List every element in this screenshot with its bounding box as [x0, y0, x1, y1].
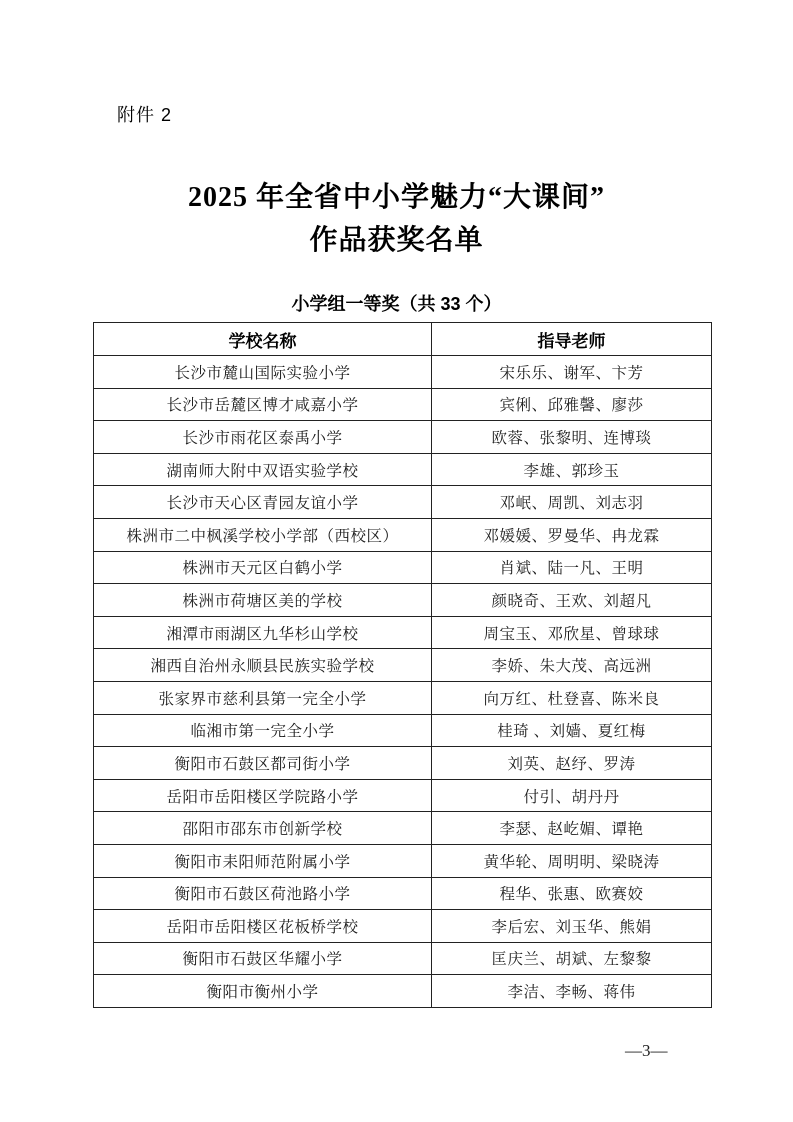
table-row: 张家界市慈利县第一完全小学向万红、杜登喜、陈米良 [94, 681, 712, 714]
page-number: —3— [625, 1041, 668, 1061]
table-row: 湖南师大附中双语实验学校李雄、郭珍玉 [94, 453, 712, 486]
teachers-cell: 肖斌、陆一凡、王明 [432, 551, 712, 584]
section-title: 小学组一等奖（共 33 个） [0, 290, 793, 316]
teachers-cell: 桂琦 、刘嫱、夏红梅 [432, 714, 712, 747]
table-row: 岳阳市岳阳楼区花板桥学校李后宏、刘玉华、熊娟 [94, 910, 712, 943]
school-cell: 衡阳市衡州小学 [94, 975, 432, 1008]
teachers-cell: 颜晓奇、王欢、刘超凡 [432, 584, 712, 617]
teachers-cell: 李洁、李畅、蒋伟 [432, 975, 712, 1008]
school-cell: 临湘市第一完全小学 [94, 714, 432, 747]
table-row: 岳阳市岳阳楼区学院路小学付引、胡丹丹 [94, 779, 712, 812]
table-row: 衡阳市石鼓区华耀小学匡庆兰、胡斌、左黎黎 [94, 942, 712, 975]
table-row: 衡阳市石鼓区荷池路小学程华、张惠、欧赛姣 [94, 877, 712, 910]
teachers-cell: 欧蓉、张黎明、连博琰 [432, 421, 712, 454]
teachers-cell: 黄华轮、周明明、梁晓涛 [432, 844, 712, 877]
teachers-cell: 李后宏、刘玉华、熊娟 [432, 910, 712, 943]
table-row: 长沙市雨花区泰禹小学欧蓉、张黎明、连博琰 [94, 421, 712, 454]
school-cell: 衡阳市耒阳师范附属小学 [94, 844, 432, 877]
award-table-header: 学校名称 指导老师 [94, 323, 712, 356]
teachers-cell: 程华、张惠、欧赛姣 [432, 877, 712, 910]
school-cell: 株洲市天元区白鹤小学 [94, 551, 432, 584]
teachers-cell: 李娇、朱大茂、高远洲 [432, 649, 712, 682]
school-cell: 湘潭市雨湖区九华杉山学校 [94, 616, 432, 649]
teachers-cell: 匡庆兰、胡斌、左黎黎 [432, 942, 712, 975]
teachers-cell: 周宝玉、邓欣星、曾球球 [432, 616, 712, 649]
school-cell: 衡阳市石鼓区华耀小学 [94, 942, 432, 975]
document-title: 2025 年全省中小学魅力“大课间” 作品获奖名单 [0, 176, 793, 262]
table-row: 衡阳市石鼓区都司街小学刘英、赵纾、罗涛 [94, 747, 712, 780]
school-cell: 长沙市岳麓区博才咸嘉小学 [94, 388, 432, 421]
table-row: 湘西自治州永顺县民族实验学校李娇、朱大茂、高远洲 [94, 649, 712, 682]
teachers-cell: 邓媛媛、罗曼华、冉龙霖 [432, 518, 712, 551]
teachers-cell: 宾俐、邱雅馨、廖莎 [432, 388, 712, 421]
teachers-cell: 付引、胡丹丹 [432, 779, 712, 812]
teachers-cell: 刘英、赵纾、罗涛 [432, 747, 712, 780]
column-header-teachers: 指导老师 [432, 323, 712, 356]
school-cell: 衡阳市石鼓区荷池路小学 [94, 877, 432, 910]
table-row: 长沙市麓山国际实验小学宋乐乐、谢军、卞芳 [94, 356, 712, 389]
table-row: 株洲市荷塘区美的学校颜晓奇、王欢、刘超凡 [94, 584, 712, 617]
school-cell: 张家界市慈利县第一完全小学 [94, 681, 432, 714]
table-row: 株洲市天元区白鹤小学肖斌、陆一凡、王明 [94, 551, 712, 584]
header-row: 学校名称 指导老师 [94, 323, 712, 356]
school-cell: 株洲市荷塘区美的学校 [94, 584, 432, 617]
teachers-cell: 向万红、杜登喜、陈米良 [432, 681, 712, 714]
table-row: 长沙市岳麓区博才咸嘉小学宾俐、邱雅馨、廖莎 [94, 388, 712, 421]
column-header-school: 学校名称 [94, 323, 432, 356]
table-row: 株洲市二中枫溪学校小学部（西校区）邓媛媛、罗曼华、冉龙霖 [94, 518, 712, 551]
table-row: 邵阳市邵东市创新学校李瑟、赵屹媚、谭艳 [94, 812, 712, 845]
school-cell: 湖南师大附中双语实验学校 [94, 453, 432, 486]
table-row: 衡阳市衡州小学李洁、李畅、蒋伟 [94, 975, 712, 1008]
school-cell: 邵阳市邵东市创新学校 [94, 812, 432, 845]
teachers-cell: 李雄、郭珍玉 [432, 453, 712, 486]
teachers-cell: 李瑟、赵屹媚、谭艳 [432, 812, 712, 845]
school-cell: 长沙市麓山国际实验小学 [94, 356, 432, 389]
school-cell: 岳阳市岳阳楼区花板桥学校 [94, 910, 432, 943]
document-page: 附件 2 2025 年全省中小学魅力“大课间” 作品获奖名单 小学组一等奖（共 … [0, 0, 793, 1122]
teachers-cell: 宋乐乐、谢军、卞芳 [432, 356, 712, 389]
attachment-label: 附件 2 [117, 101, 172, 127]
teachers-cell: 邓岷、周凯、刘志羽 [432, 486, 712, 519]
school-cell: 岳阳市岳阳楼区学院路小学 [94, 779, 432, 812]
table-row: 衡阳市耒阳师范附属小学黄华轮、周明明、梁晓涛 [94, 844, 712, 877]
school-cell: 长沙市雨花区泰禹小学 [94, 421, 432, 454]
school-cell: 衡阳市石鼓区都司街小学 [94, 747, 432, 780]
award-table: 学校名称 指导老师 长沙市麓山国际实验小学宋乐乐、谢军、卞芳长沙市岳麓区博才咸嘉… [93, 322, 712, 1008]
document-title-line1: 2025 年全省中小学魅力“大课间” [0, 176, 793, 219]
table-row: 长沙市天心区青园友谊小学邓岷、周凯、刘志羽 [94, 486, 712, 519]
document-title-line2: 作品获奖名单 [0, 219, 793, 262]
school-cell: 长沙市天心区青园友谊小学 [94, 486, 432, 519]
school-cell: 湘西自治州永顺县民族实验学校 [94, 649, 432, 682]
table-row: 临湘市第一完全小学桂琦 、刘嫱、夏红梅 [94, 714, 712, 747]
table-row: 湘潭市雨湖区九华杉山学校周宝玉、邓欣星、曾球球 [94, 616, 712, 649]
school-cell: 株洲市二中枫溪学校小学部（西校区） [94, 518, 432, 551]
award-table-body: 长沙市麓山国际实验小学宋乐乐、谢军、卞芳长沙市岳麓区博才咸嘉小学宾俐、邱雅馨、廖… [94, 356, 712, 1008]
